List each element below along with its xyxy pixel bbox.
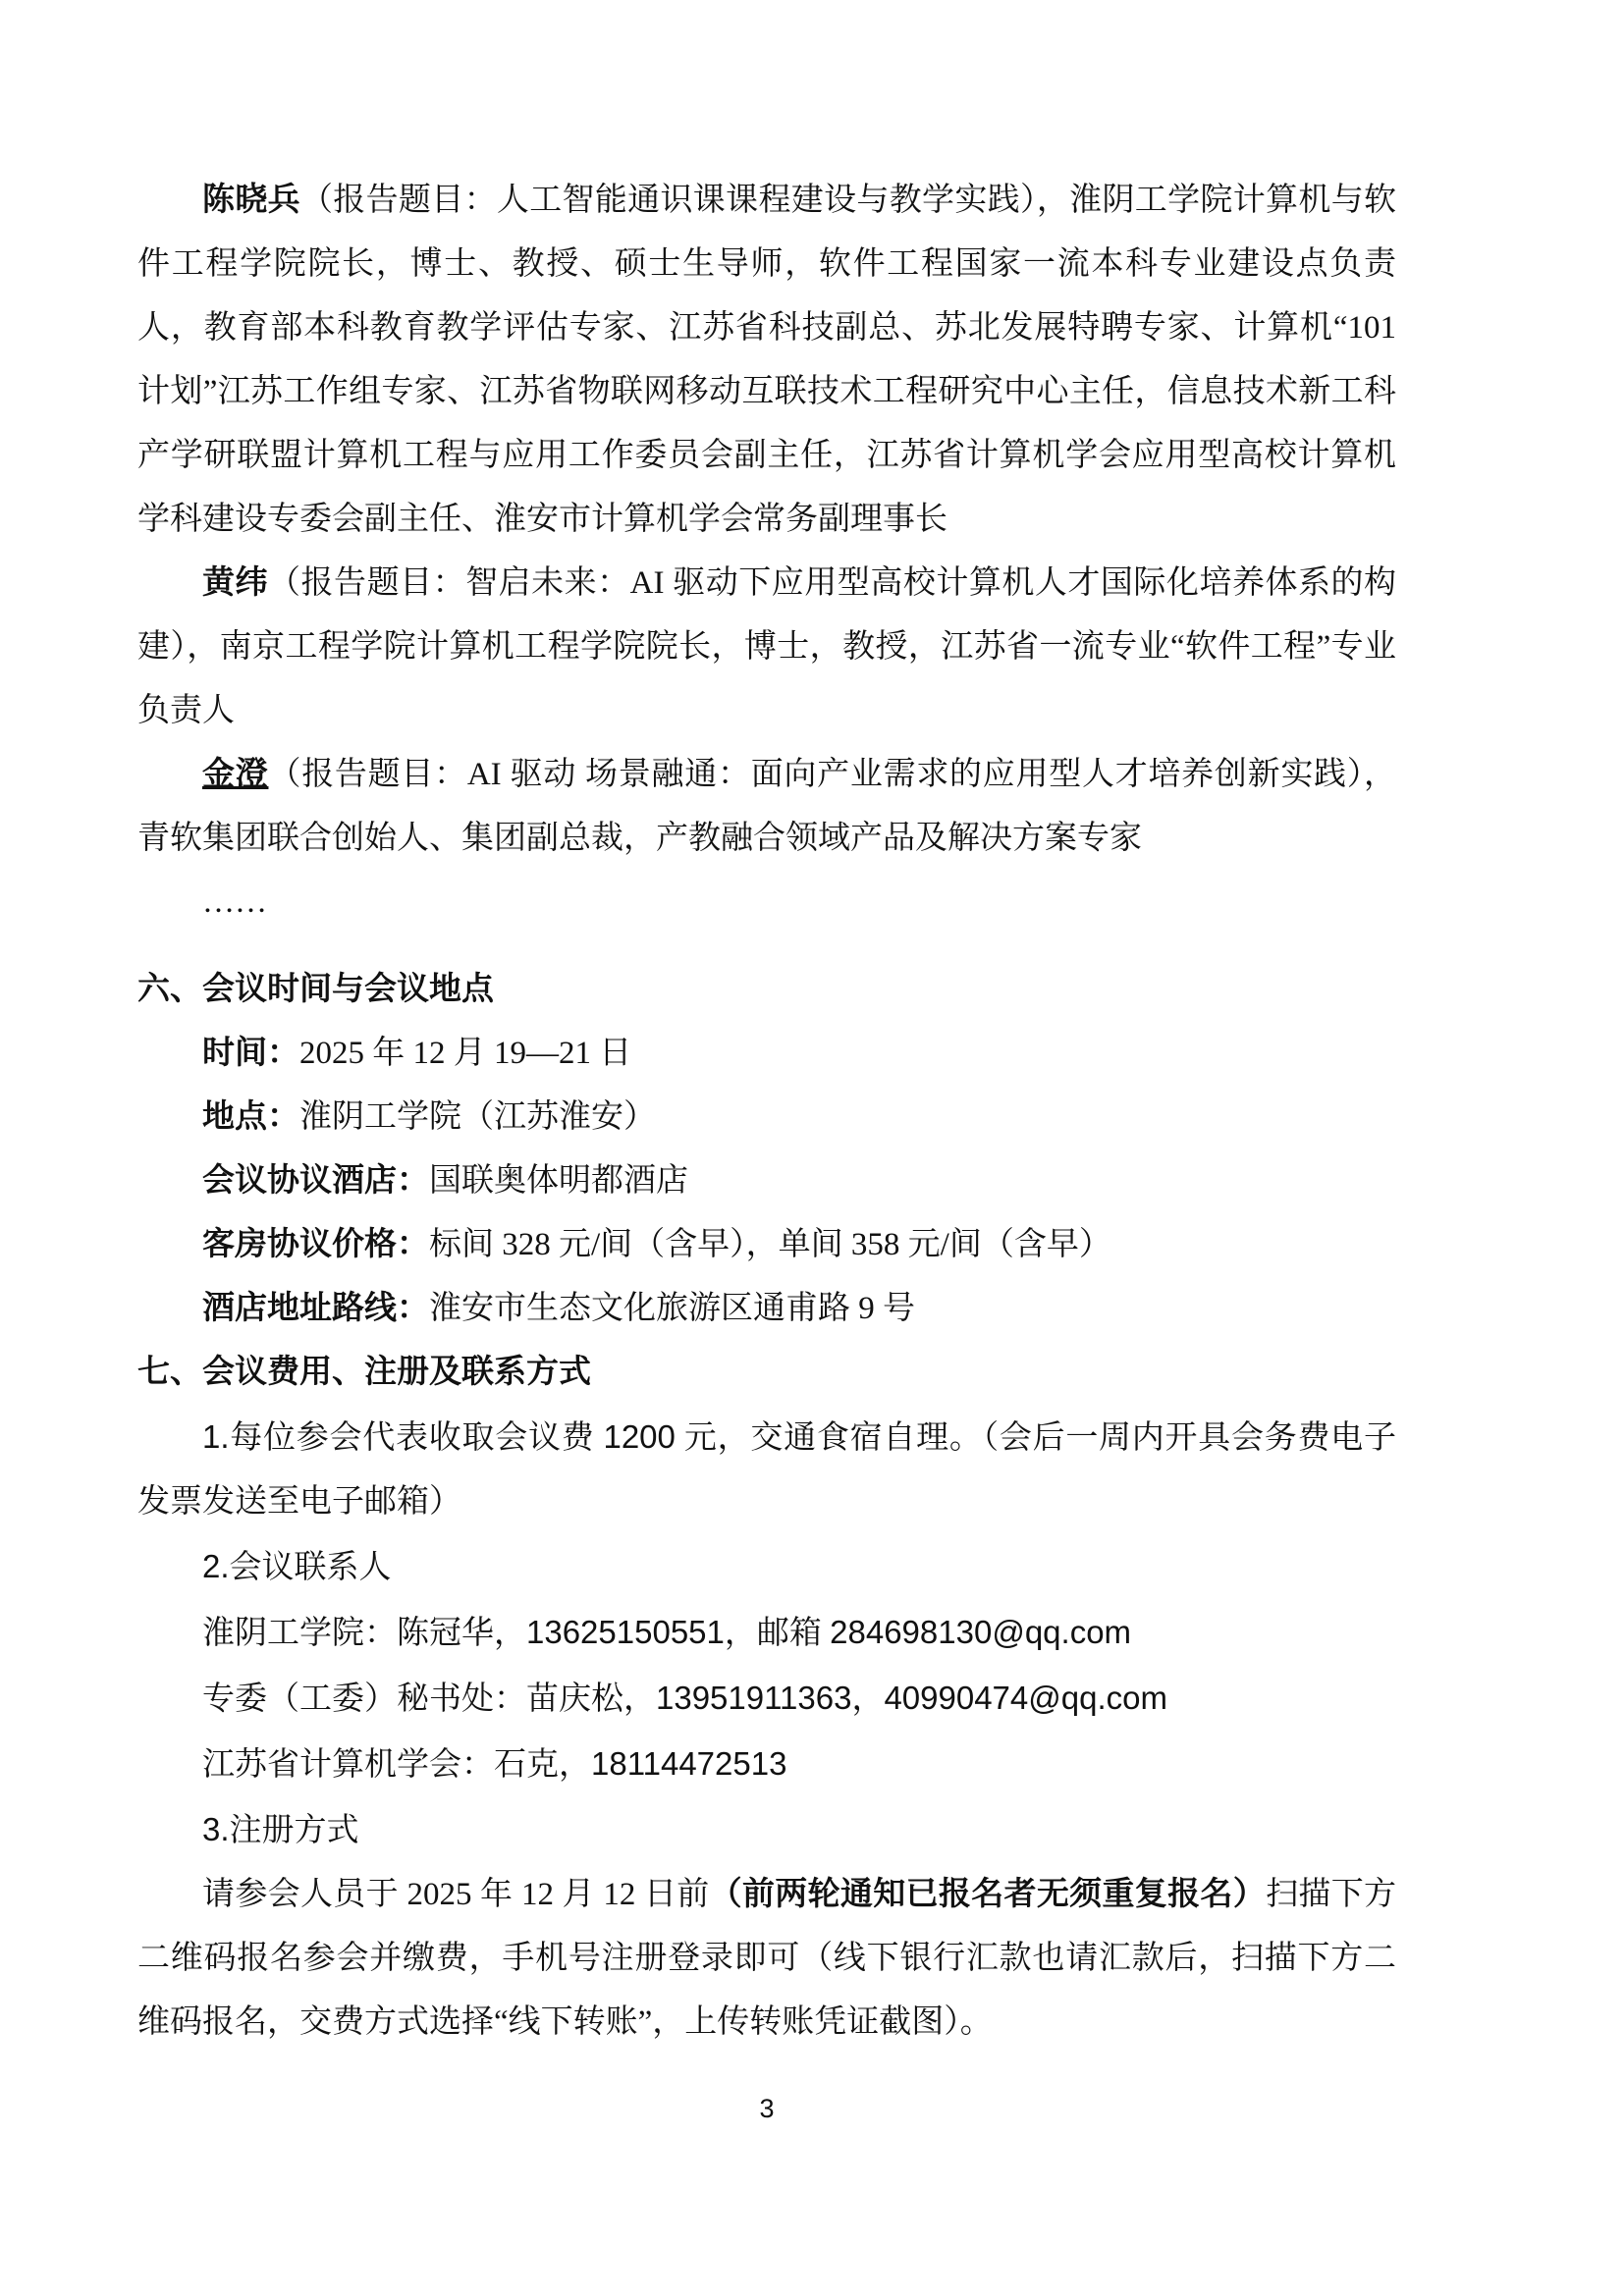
ellipsis-line: ……	[137, 871, 1396, 934]
speaker-paragraph-huang: 黄纬（报告题目：智启未来：AI 驱动下应用型高校计算机人才国际化培养体系的构建）…	[137, 552, 1396, 743]
phone-number: 13951911363	[656, 1680, 851, 1716]
speaker-bio-chen: （报告题目：人工智能通识课课程建设与教学实践），淮阴工学院计算机与软件工程学院院…	[137, 183, 1396, 537]
text-run: 每位参会代表收取会议费	[230, 1420, 604, 1456]
register-heading-line: 3.注册方式	[137, 1797, 1396, 1863]
field-label-address: 酒店地址路线：	[202, 1291, 429, 1326]
speaker-paragraph-chen: 陈晓兵（报告题目：人工智能通识课课程建设与教学实践），淮阴工学院计算机与软件工程…	[137, 169, 1396, 552]
field-label-time: 时间：	[202, 1036, 299, 1071]
email-address: 284698130@qq.com	[830, 1614, 1131, 1650]
fee-amount: 1200	[603, 1418, 675, 1455]
text-run: ，邮箱	[725, 1616, 830, 1651]
phone-number: 18114472513	[591, 1745, 786, 1782]
list-number: 1.	[202, 1418, 230, 1455]
field-label-hotel: 会议协议酒店：	[202, 1163, 429, 1199]
bold-note: （前两轮通知已报名者无须重复报名）	[710, 1877, 1266, 1912]
field-value-price: 标间 328 元/间（含早），单间 358 元/间（含早）	[429, 1227, 1111, 1262]
text-run: 请参会人员于 2025 年 12 月 12 日前	[202, 1877, 710, 1912]
meeting-time-line: 时间：2025 年 12 月 19—21 日	[137, 1022, 1396, 1086]
speaker-bio-huang: （报告题目：智启未来：AI 驱动下应用型高校计算机人才国际化培养体系的构建），南…	[137, 565, 1396, 728]
text-run: 会议联系人	[230, 1550, 392, 1585]
meeting-place-line: 地点：淮阴工学院（江苏淮安）	[137, 1086, 1396, 1149]
contacts-heading-line: 2.会议联系人	[137, 1534, 1396, 1600]
contact-org-person: 江苏省计算机学会：石克，	[202, 1747, 591, 1783]
contact-line-hyit: 淮阴工学院：陈冠华，13625150551，邮箱 284698130@qq.co…	[137, 1600, 1396, 1666]
fee-paragraph: 1.每位参会代表收取会议费 1200 元，交通食宿自理。（会后一周内开具会务费电…	[137, 1405, 1396, 1534]
field-label-place: 地点：	[202, 1099, 299, 1135]
document-page: 陈晓兵（报告题目：人工智能通识课课程建设与教学实践），淮阴工学院计算机与软件工程…	[0, 0, 1624, 2296]
speaker-paragraph-jin: 金澄（报告题目：AI 驱动 场景融通：面向产业需求的应用型人才培养创新实践），青…	[137, 743, 1396, 871]
speaker-name-jin: 金澄	[202, 757, 268, 792]
field-value-place: 淮阴工学院（江苏淮安）	[299, 1099, 656, 1135]
field-value-time: 2025 年 12 月 19—21 日	[299, 1036, 631, 1071]
contact-line-secretariat: 专委（工委）秘书处：苗庆松，13951911363，40990474@qq.co…	[137, 1666, 1396, 1732]
field-label-price: 客房协议价格：	[202, 1227, 429, 1262]
section-heading-6: 六、会议时间与会议地点	[137, 958, 1396, 1022]
list-number: 3.	[202, 1811, 230, 1847]
field-value-hotel: 国联奥体明都酒店	[429, 1163, 688, 1199]
field-value-address: 淮安市生态文化旅游区通甫路 9 号	[429, 1291, 915, 1326]
meeting-hotel-line: 会议协议酒店：国联奥体明都酒店	[137, 1149, 1396, 1213]
contact-org-person: 专委（工委）秘书处：苗庆松，	[202, 1682, 656, 1717]
page-number: 3	[137, 2089, 1396, 2128]
contact-org-person: 淮阴工学院：陈冠华，	[202, 1616, 526, 1651]
speaker-name-chen: 陈晓兵	[202, 183, 300, 218]
hotel-address-line: 酒店地址路线：淮安市生态文化旅游区通甫路 9 号	[137, 1277, 1396, 1341]
list-number: 2.	[202, 1548, 230, 1584]
document-body: 陈晓兵（报告题目：人工智能通识课课程建设与教学实践），淮阴工学院计算机与软件工程…	[137, 169, 1396, 2055]
contact-line-jscs: 江苏省计算机学会：石克，18114472513	[137, 1732, 1396, 1797]
register-paragraph: 请参会人员于 2025 年 12 月 12 日前（前两轮通知已报名者无须重复报名…	[137, 1863, 1396, 2055]
text-run: 注册方式	[230, 1813, 359, 1848]
speaker-name-huang: 黄纬	[202, 565, 268, 601]
email-address: 40990474@qq.com	[884, 1680, 1167, 1716]
phone-number: 13625150551	[526, 1614, 725, 1650]
speaker-bio-jin: （报告题目：AI 驱动 场景融通：面向产业需求的应用型人才培养创新实践），青软集…	[137, 757, 1396, 856]
room-price-line: 客房协议价格：标间 328 元/间（含早），单间 358 元/间（含早）	[137, 1213, 1396, 1277]
text-run: ，	[851, 1682, 884, 1717]
section-heading-7: 七、会议费用、注册及联系方式	[137, 1341, 1396, 1405]
